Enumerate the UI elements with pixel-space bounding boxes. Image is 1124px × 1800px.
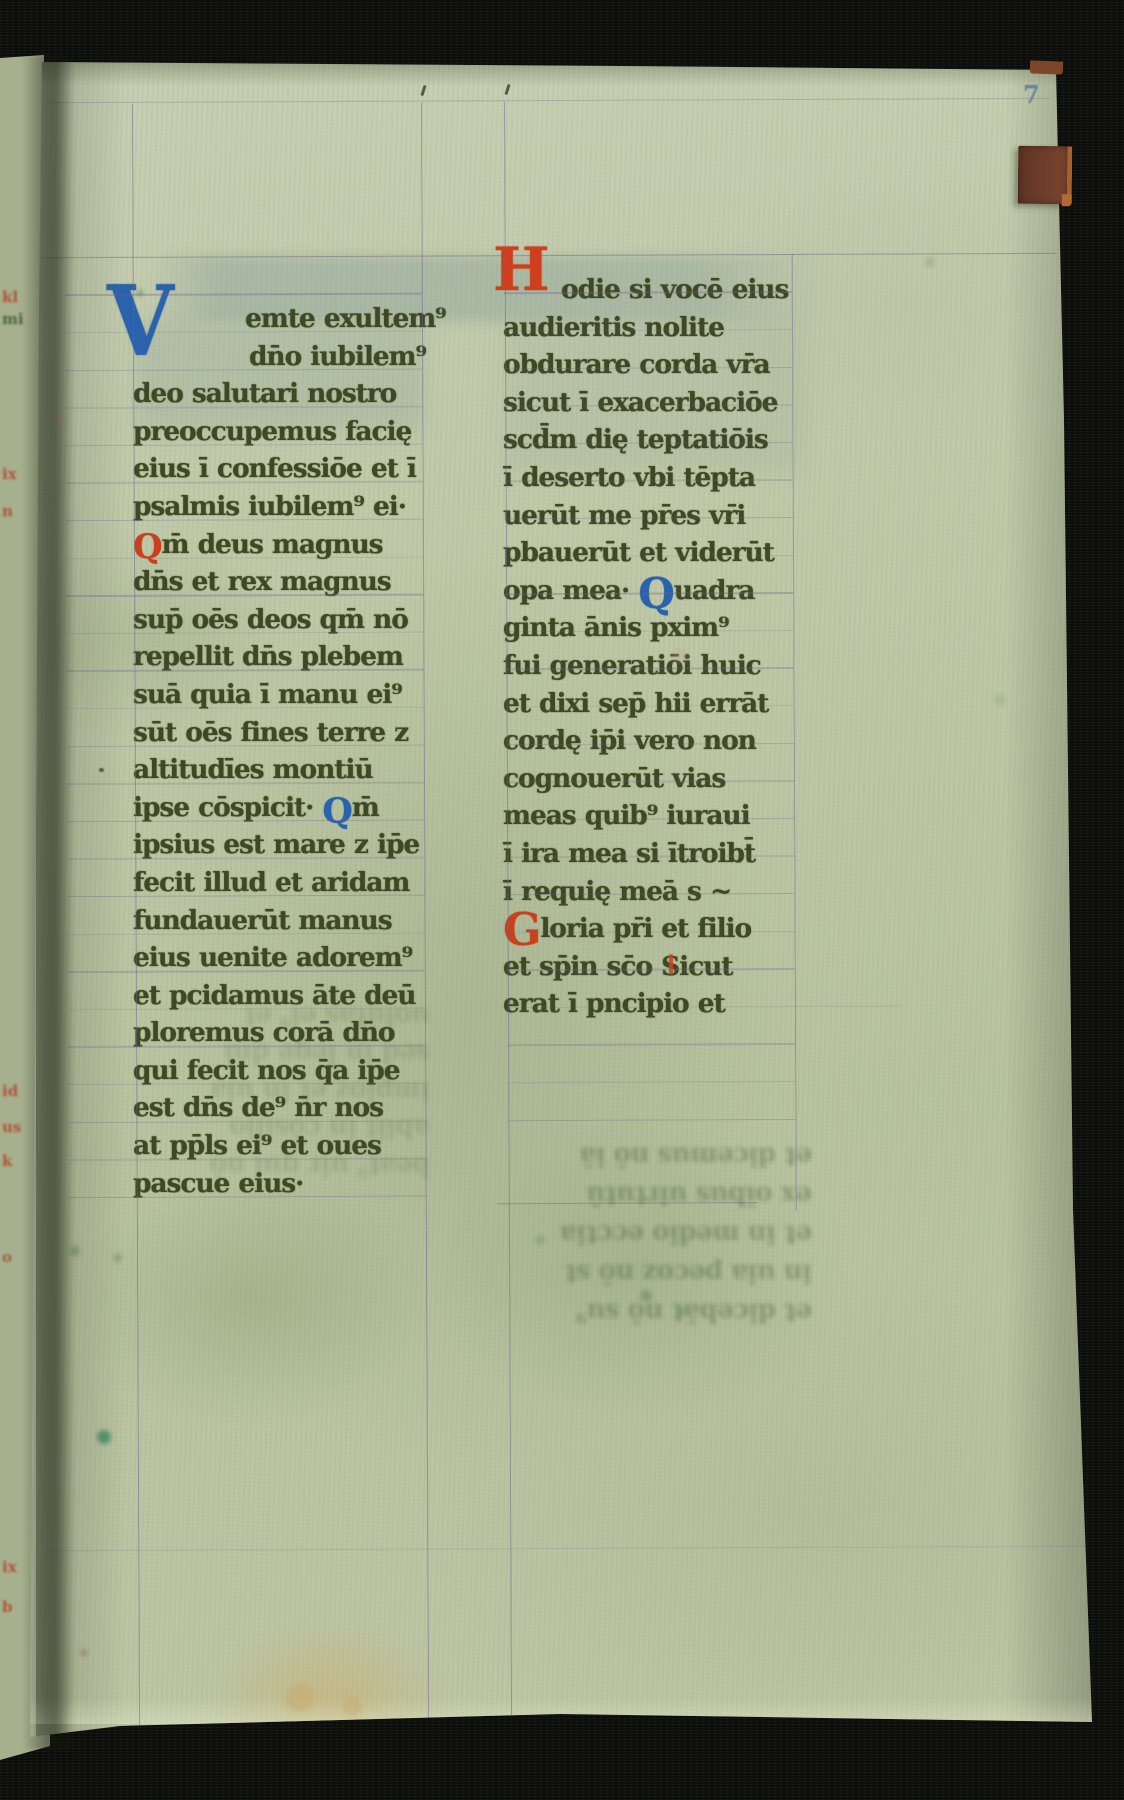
ruled-line [66, 481, 423, 484]
show-through-line: uolūtas ei⁹ et [140, 996, 430, 1034]
ruled-line [66, 556, 423, 559]
ruled-line [67, 782, 424, 785]
stain-fleck [672, 647, 688, 663]
ruled-line [505, 479, 793, 482]
stain-fleck [286, 1684, 314, 1712]
ruled-line [69, 1195, 426, 1198]
ruled-line [67, 707, 424, 710]
ruled-line [65, 331, 422, 334]
ruled-line [132, 104, 140, 1728]
leather-bookmark-tab [1018, 146, 1073, 205]
show-through-line: et dicebāt nō su⁹ [512, 1292, 812, 1331]
leather-corner-fragment [1030, 60, 1063, 74]
ruled-line [507, 1005, 902, 1008]
ruled-line [505, 555, 793, 558]
stain-fleck [114, 1254, 122, 1262]
ruled-line [506, 743, 794, 746]
ruled-line [66, 669, 423, 672]
stain-fleck [81, 1650, 87, 1656]
ruled-line [43, 253, 1057, 259]
ruled-line [504, 102, 512, 1726]
ruled-line [506, 818, 794, 821]
ruled-line [67, 857, 424, 860]
ruled-line [66, 631, 423, 634]
ruled-line [507, 968, 795, 971]
show-through-line: et dicemus nō iā [512, 1136, 812, 1175]
ruled-line [505, 667, 793, 670]
ruled-line [421, 103, 429, 1727]
folio-number: 7 [1023, 80, 1040, 109]
margin-dot [99, 768, 104, 772]
ruled-line [504, 367, 792, 370]
ruled-line [505, 592, 793, 595]
ruled-line [66, 443, 423, 446]
ruled-line [68, 932, 425, 935]
ruled-line [506, 780, 794, 783]
stain-fleck [925, 257, 935, 267]
show-through-line: abiit in cōsilio [140, 1109, 430, 1147]
ruled-line [66, 519, 423, 522]
show-through-line: impioz et in uia [140, 1071, 430, 1109]
ruled-line [506, 705, 794, 708]
show-through-text: beat⁹ uir qui nōabiit in cōsilioimpioz e… [140, 996, 430, 1184]
ruling-lines [0, 0, 1124, 1800]
stain-fleck [137, 290, 143, 296]
stain-fleck [535, 1235, 545, 1245]
ruled-line [792, 254, 798, 1211]
show-through-line: et in medio ecctia [512, 1214, 812, 1253]
ruled-line [65, 368, 422, 371]
show-through-line: sed in lege dn̄i [140, 1034, 430, 1072]
gutter-fold-shadow [22, 55, 74, 1750]
ruled-line [504, 329, 792, 332]
ruled-line [66, 594, 423, 597]
stain-fleck [640, 1290, 652, 1302]
show-through-line: ex oībus uirtutū [512, 1175, 812, 1214]
ruled-line [506, 893, 794, 896]
ruled-line [507, 931, 795, 934]
stain-fleck [678, 1308, 686, 1316]
stain-fleck [342, 1696, 362, 1716]
ruled-line [505, 630, 793, 633]
show-through-line: in uia pecoz nō st [512, 1253, 812, 1292]
ruled-line [507, 1081, 795, 1084]
ruled-line [67, 895, 424, 898]
ruled-line [505, 517, 793, 520]
ruled-line [507, 1119, 795, 1122]
ruled-line [507, 1043, 795, 1046]
ruled-line [504, 404, 792, 407]
ruled-line [46, 98, 1050, 104]
stain-fleck [97, 1430, 111, 1444]
show-through-text: et dicebāt nō su⁹in uia pecoz nō stet in… [512, 1136, 812, 1331]
manuscript-photo: klmiixniduskoixb Vemte exultem⁹dn̄o iubi… [0, 0, 1124, 1800]
ruled-line [48, 1546, 1084, 1552]
manuscript-page: Vemte exultem⁹dn̄o iubilem⁹deo salutari … [0, 0, 1124, 1800]
show-through-line: beat⁹ uir qui nō [140, 1146, 430, 1184]
ruled-line [504, 291, 792, 294]
ruled-line [506, 855, 794, 858]
ruled-line [504, 442, 792, 445]
ruled-line [65, 406, 422, 409]
ruled-line [67, 819, 424, 822]
ruled-line [68, 970, 425, 973]
ruled-line [65, 293, 422, 296]
ruled-line [67, 744, 424, 747]
stain-fleck [994, 694, 1006, 706]
